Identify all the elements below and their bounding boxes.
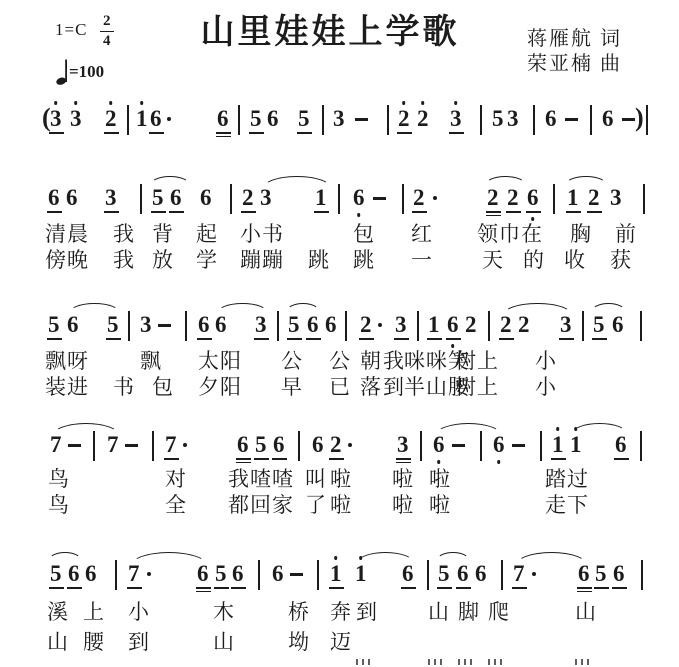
note: 6 bbox=[612, 314, 624, 336]
augmentation-dot bbox=[348, 443, 352, 447]
octave-up-dot bbox=[454, 101, 458, 105]
lyric-syllable: 天 bbox=[482, 244, 504, 274]
note: 6 bbox=[447, 314, 459, 336]
note: 6 bbox=[215, 314, 227, 336]
dash-note bbox=[452, 444, 465, 448]
lyric-syllable: 小 bbox=[535, 371, 557, 401]
eighth-underline bbox=[314, 211, 329, 213]
lyric-syllable: 奔 bbox=[330, 596, 352, 626]
augmentation-dot bbox=[147, 572, 151, 576]
lyric-syllable: 都回家 bbox=[228, 489, 294, 519]
note: 6 bbox=[197, 563, 209, 585]
lyric-syllable: 一 bbox=[411, 244, 433, 274]
slur-arc bbox=[150, 176, 190, 185]
eighth-underline bbox=[329, 587, 344, 589]
note: 6 bbox=[237, 434, 249, 456]
octave-up-dot bbox=[54, 101, 58, 105]
note: 1 bbox=[428, 314, 440, 336]
barline bbox=[427, 560, 429, 590]
note: 2 bbox=[518, 314, 530, 336]
eighth-underline bbox=[47, 211, 62, 213]
note: 3 bbox=[395, 314, 407, 336]
barline bbox=[298, 431, 300, 461]
lyric-syllable: 收 bbox=[564, 244, 586, 274]
note: 3 bbox=[255, 314, 267, 336]
barline bbox=[640, 431, 642, 461]
note: 6 bbox=[493, 434, 505, 456]
note: 5 bbox=[215, 563, 227, 585]
barline bbox=[553, 184, 555, 214]
lyric-syllable: 山 bbox=[575, 596, 597, 626]
clipped-lyric-fragment bbox=[356, 659, 370, 665]
lyric-syllable: 坳 bbox=[288, 626, 310, 656]
clipped-lyric-fragment bbox=[458, 659, 472, 665]
barline bbox=[338, 184, 340, 214]
note: 2 bbox=[500, 314, 512, 336]
barline bbox=[646, 105, 648, 135]
note: 2 bbox=[417, 108, 429, 130]
note: 3 bbox=[50, 108, 62, 130]
note: 6 bbox=[200, 187, 212, 209]
lyric-syllable: 树上 bbox=[455, 371, 499, 401]
lyric-syllable: 小 bbox=[128, 596, 150, 626]
eighth-underline bbox=[446, 338, 461, 340]
sixteenth-underline bbox=[196, 591, 211, 593]
dash-note bbox=[290, 573, 303, 577]
eighth-underline bbox=[559, 338, 574, 340]
eighth-underline bbox=[104, 132, 119, 134]
note: 6 bbox=[353, 187, 365, 209]
time-signature-numerator: 2 bbox=[100, 13, 114, 32]
eighth-underline bbox=[396, 458, 411, 460]
note: 6 bbox=[267, 108, 279, 130]
note: 1 bbox=[552, 434, 564, 456]
quarter-note-icon bbox=[56, 56, 69, 86]
eighth-underline bbox=[449, 132, 464, 134]
note: 5 bbox=[250, 108, 262, 130]
eighth-underline bbox=[566, 211, 581, 213]
song-title: 山里娃娃上学歌 bbox=[165, 4, 495, 53]
note: 6 bbox=[602, 108, 614, 130]
slur-arc bbox=[262, 176, 332, 189]
eighth-underline bbox=[127, 587, 142, 589]
note: 6 bbox=[170, 187, 182, 209]
eighth-underline bbox=[104, 211, 119, 213]
eighth-underline bbox=[151, 211, 166, 213]
dash-note bbox=[512, 444, 525, 448]
note: 6 bbox=[48, 187, 60, 209]
eighth-underline bbox=[49, 587, 64, 589]
lyric-syllable: 桥 bbox=[288, 596, 310, 626]
lyric-syllable: 山 bbox=[213, 626, 235, 656]
note: 6 bbox=[85, 563, 97, 585]
barline bbox=[501, 560, 503, 590]
eighth-underline bbox=[197, 338, 212, 340]
eighth-underline bbox=[359, 338, 374, 340]
augmentation-dot bbox=[433, 196, 437, 200]
note: 6 bbox=[273, 434, 285, 456]
dash-note bbox=[68, 444, 81, 448]
clipped-lyric-fragment bbox=[488, 659, 502, 665]
slur-arc bbox=[69, 303, 120, 313]
lyric-syllable: 脚 bbox=[458, 596, 480, 626]
note: 3 bbox=[140, 314, 152, 336]
note: 6 bbox=[150, 108, 162, 130]
note: 7 bbox=[107, 434, 119, 456]
sixteenth-underline bbox=[577, 591, 592, 593]
eighth-underline bbox=[196, 587, 211, 589]
note: 6 bbox=[402, 563, 414, 585]
note: 6 bbox=[66, 187, 78, 209]
eighth-underline bbox=[214, 587, 229, 589]
barline bbox=[277, 311, 279, 341]
barline bbox=[230, 184, 232, 214]
note: 6 bbox=[545, 108, 557, 130]
lyric-syllable: 跳 bbox=[353, 244, 375, 274]
octave-down-dot bbox=[497, 460, 501, 464]
slur-arc bbox=[485, 176, 526, 185]
note: 6 bbox=[433, 434, 445, 456]
slur-arc bbox=[565, 176, 607, 185]
note: 3 bbox=[397, 434, 409, 456]
lyric-syllable: 傍晚 bbox=[45, 244, 89, 274]
barline bbox=[258, 560, 260, 590]
octave-up-dot bbox=[556, 427, 560, 431]
eighth-underline bbox=[437, 587, 452, 589]
lyric-syllable: 山 bbox=[428, 596, 450, 626]
dash-note bbox=[158, 324, 171, 328]
barline bbox=[238, 105, 240, 135]
lyric-syllable: 夕阳 bbox=[198, 371, 242, 401]
eighth-underline bbox=[512, 587, 527, 589]
time-signature: 2 4 bbox=[100, 13, 114, 51]
note: 5 bbox=[255, 434, 267, 456]
slur-arc bbox=[48, 552, 82, 561]
eighth-underline bbox=[427, 338, 442, 340]
eighth-underline bbox=[456, 587, 471, 589]
lyric-syllable: 我 bbox=[113, 244, 135, 274]
lyric-syllable: 学 bbox=[196, 244, 218, 274]
eighth-underline bbox=[499, 338, 514, 340]
lyric-syllable: 获 bbox=[610, 244, 632, 274]
slur-arc bbox=[217, 303, 268, 313]
note: 3 bbox=[105, 187, 117, 209]
tempo-value: =100 bbox=[69, 62, 104, 81]
barline bbox=[590, 105, 592, 135]
slur-arc bbox=[572, 423, 627, 434]
eighth-underline bbox=[49, 132, 64, 134]
eighth-underline bbox=[412, 211, 427, 213]
barline bbox=[402, 184, 404, 214]
note: 7 bbox=[165, 434, 177, 456]
octave-up-dot bbox=[334, 556, 338, 560]
note: 2 bbox=[105, 108, 117, 130]
eighth-underline bbox=[254, 458, 269, 460]
eighth-underline bbox=[106, 338, 121, 340]
eighth-underline bbox=[526, 211, 541, 213]
note: 2 bbox=[507, 187, 519, 209]
note: 6 bbox=[67, 314, 79, 336]
eighth-underline bbox=[236, 458, 251, 460]
eighth-underline bbox=[612, 587, 627, 589]
note: 6 bbox=[615, 434, 627, 456]
barline bbox=[643, 184, 645, 214]
slur-arc bbox=[52, 423, 120, 436]
eighth-underline bbox=[329, 458, 344, 460]
sixteenth-underline bbox=[216, 136, 231, 138]
lyric-syllable: 装进 bbox=[45, 371, 89, 401]
key-signature-text: 1=C bbox=[55, 20, 87, 39]
augmentation-dot bbox=[532, 572, 536, 576]
note: 2 bbox=[487, 187, 499, 209]
note: 1 bbox=[136, 108, 148, 130]
note: 3 bbox=[333, 108, 345, 130]
note: 1 bbox=[315, 187, 327, 209]
note: 3 bbox=[560, 314, 572, 336]
note: 6 bbox=[272, 563, 284, 585]
eighth-underline bbox=[149, 132, 164, 134]
note: 5 bbox=[48, 314, 60, 336]
barline bbox=[128, 311, 130, 341]
note: 6 bbox=[312, 434, 324, 456]
dash-note bbox=[373, 197, 386, 201]
dash-note bbox=[125, 444, 138, 448]
note: 6 bbox=[68, 563, 80, 585]
eighth-underline bbox=[397, 132, 412, 134]
close-paren: ) bbox=[635, 105, 644, 131]
note: 3 bbox=[610, 187, 622, 209]
eighth-underline bbox=[231, 587, 246, 589]
note: 5 bbox=[593, 314, 605, 336]
octave-up-dot bbox=[74, 101, 78, 105]
lyric-syllable: 全 bbox=[165, 489, 187, 519]
note: 6 bbox=[613, 563, 625, 585]
note: 1 bbox=[330, 563, 342, 585]
key-signature: 1=C bbox=[55, 20, 87, 40]
note: 5 bbox=[595, 563, 607, 585]
note: 5 bbox=[438, 563, 450, 585]
eighth-underline bbox=[164, 458, 179, 460]
eighth-underline bbox=[401, 587, 416, 589]
lyric-syllable: 腰 bbox=[83, 626, 105, 656]
note: 7 bbox=[128, 563, 140, 585]
note: 3 bbox=[70, 108, 82, 130]
clipped-lyric-fragment bbox=[575, 659, 589, 665]
slur-arc bbox=[286, 303, 320, 312]
note: 5 bbox=[107, 314, 119, 336]
augmentation-dot bbox=[167, 117, 171, 121]
lyric-syllable: 书 bbox=[113, 371, 135, 401]
slur-arc bbox=[515, 552, 588, 566]
barline bbox=[420, 431, 422, 461]
eighth-underline bbox=[47, 338, 62, 340]
eighth-underline bbox=[297, 132, 312, 134]
lyric-syllable: 跳 bbox=[308, 244, 330, 274]
note: 3 bbox=[260, 187, 272, 209]
lyric-syllable: 早 bbox=[281, 371, 303, 401]
clipped-lyric-fragment bbox=[428, 659, 442, 665]
lyric-syllable: 到 bbox=[383, 371, 405, 401]
barline bbox=[417, 311, 419, 341]
note: 5 bbox=[288, 314, 300, 336]
eighth-underline bbox=[249, 132, 264, 134]
eighth-underline bbox=[577, 587, 592, 589]
note: 6 bbox=[232, 563, 244, 585]
note: 2 bbox=[330, 434, 342, 456]
note: 2 bbox=[360, 314, 372, 336]
slur-arc bbox=[357, 552, 414, 563]
octave-up-dot bbox=[402, 101, 406, 105]
eighth-underline bbox=[67, 587, 82, 589]
sixteenth-underline bbox=[486, 215, 501, 217]
lyric-syllable: 已 bbox=[329, 371, 351, 401]
lyric-syllable: 爬 bbox=[488, 596, 510, 626]
lyric-syllable: 到 bbox=[356, 596, 378, 626]
barline bbox=[152, 431, 154, 461]
note: 2 bbox=[413, 187, 425, 209]
eighth-underline bbox=[216, 132, 231, 134]
barline bbox=[488, 311, 490, 341]
eighth-underline bbox=[587, 211, 602, 213]
note: 6 bbox=[307, 314, 319, 336]
eighth-underline bbox=[486, 211, 501, 213]
composer-credit: 荣亚楠 曲 bbox=[527, 47, 622, 76]
note: 5 bbox=[492, 108, 504, 130]
lyric-syllable: 啦 bbox=[330, 489, 352, 519]
slur-arc bbox=[436, 552, 470, 561]
note: 6 bbox=[325, 314, 337, 336]
note: 6 bbox=[527, 187, 539, 209]
barline bbox=[185, 311, 187, 341]
note: 5 bbox=[152, 187, 164, 209]
octave-up-dot bbox=[140, 101, 144, 105]
lyric-syllable: 放 bbox=[152, 244, 174, 274]
eighth-underline bbox=[394, 338, 409, 340]
eighth-underline bbox=[169, 211, 184, 213]
lyric-syllable: 的 bbox=[523, 244, 545, 274]
note: 1 bbox=[570, 434, 582, 456]
lyric-syllable: 走下 bbox=[545, 489, 589, 519]
lyric-syllable: 山 bbox=[47, 626, 69, 656]
note: 6 bbox=[578, 563, 590, 585]
eighth-underline bbox=[506, 211, 521, 213]
note: 7 bbox=[50, 434, 62, 456]
note: 6 bbox=[475, 563, 487, 585]
barline bbox=[115, 560, 117, 590]
slur-arc bbox=[435, 423, 502, 436]
octave-up-dot bbox=[109, 101, 113, 105]
lyric-syllable: 到 bbox=[128, 626, 150, 656]
barline bbox=[387, 105, 389, 135]
lyric-syllable: 了 bbox=[305, 489, 327, 519]
dash-note bbox=[355, 118, 368, 122]
lyric-syllable: 啦 bbox=[429, 489, 451, 519]
octave-up-dot bbox=[421, 101, 425, 105]
lyric-syllable: 鸟 bbox=[48, 489, 70, 519]
barline bbox=[540, 431, 542, 461]
note: 7 bbox=[513, 563, 525, 585]
lyric-syllable: 溪 bbox=[47, 596, 69, 626]
eighth-underline bbox=[254, 338, 269, 340]
tempo-marking: =100 bbox=[56, 56, 104, 88]
eighth-underline bbox=[594, 587, 609, 589]
note: 6 bbox=[217, 108, 229, 130]
lyric-syllable: 木 bbox=[213, 596, 235, 626]
octave-down-dot bbox=[357, 213, 361, 217]
eighth-underline bbox=[306, 338, 321, 340]
barline bbox=[317, 560, 319, 590]
note: 1 bbox=[567, 187, 579, 209]
note: 5 bbox=[50, 563, 62, 585]
dash-note bbox=[565, 118, 578, 122]
lyric-syllable: 落 bbox=[360, 371, 382, 401]
sheet-music-page: { "colors": { "ink": "#1c1c1c", "paper":… bbox=[0, 0, 679, 667]
eighth-underline bbox=[614, 458, 629, 460]
eighth-underline bbox=[592, 338, 607, 340]
dash-note bbox=[622, 118, 635, 122]
barline bbox=[345, 311, 347, 341]
barline bbox=[140, 184, 142, 214]
augmentation-dot bbox=[183, 443, 187, 447]
note: 5 bbox=[298, 108, 310, 130]
note: 2 bbox=[242, 187, 254, 209]
barline bbox=[127, 105, 129, 135]
barline bbox=[640, 311, 642, 341]
barline bbox=[582, 311, 584, 341]
augmentation-dot bbox=[378, 323, 382, 327]
eighth-underline bbox=[551, 458, 566, 460]
note: 2 bbox=[398, 108, 410, 130]
slur-arc bbox=[502, 303, 573, 316]
note: 1 bbox=[355, 563, 367, 585]
barline bbox=[533, 105, 535, 135]
slur-arc bbox=[130, 552, 208, 566]
note: 6 bbox=[198, 314, 210, 336]
barline bbox=[641, 560, 643, 590]
note: 3 bbox=[507, 108, 519, 130]
note: 6 bbox=[457, 563, 469, 585]
eighth-underline bbox=[287, 338, 302, 340]
lyric-syllable: 迈 bbox=[330, 626, 352, 656]
note: 2 bbox=[588, 187, 600, 209]
eighth-underline bbox=[272, 458, 287, 460]
slur-arc bbox=[591, 303, 626, 312]
lyric-syllable: 蹦蹦 bbox=[240, 244, 284, 274]
lyric-syllable: 包 bbox=[152, 371, 174, 401]
barline bbox=[480, 105, 482, 135]
lyric-syllable: 上 bbox=[83, 596, 105, 626]
time-signature-denominator: 4 bbox=[100, 32, 114, 50]
note: 2 bbox=[465, 314, 477, 336]
barline bbox=[322, 105, 324, 135]
note: 3 bbox=[450, 108, 462, 130]
eighth-underline bbox=[241, 211, 256, 213]
lyric-syllable: 啦 bbox=[392, 489, 414, 519]
